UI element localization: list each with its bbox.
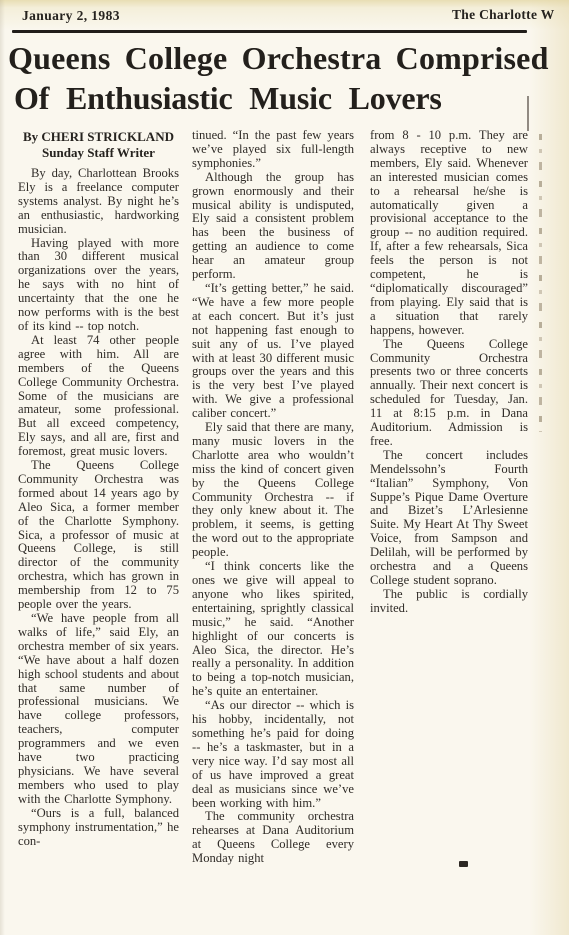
byline: By CHERI STRICKLAND Sunday Staff Writer xyxy=(18,129,179,160)
article-column-2: tinued. “In the past few years we’ve pla… xyxy=(192,129,354,866)
issue-date: January 2, 1983 xyxy=(22,8,120,24)
header-rule xyxy=(12,30,527,33)
byline-author: By CHERI STRICKLAND xyxy=(18,129,179,145)
article-paragraph: The Queens College Community Orchestra w… xyxy=(18,459,179,612)
article-paragraph: from 8 - 10 p.m. They are always recepti… xyxy=(370,129,528,338)
newspaper-clipping: January 2, 1983 The Charlotte W Queens C… xyxy=(0,0,569,935)
article-column-3: from 8 - 10 p.m. They are always recepti… xyxy=(370,129,528,616)
article-paragraph: The concert includes Mendelssohn’s Fourt… xyxy=(370,449,528,588)
article-paragraph: “Ours is a full, balanced symphony instr… xyxy=(18,807,179,849)
newspaper-name: The Charlotte W xyxy=(452,7,555,23)
article-headline: Queens College Orchestra Comprised Of En… xyxy=(8,38,566,118)
article-paragraph: “As our director -- which is his hobby, … xyxy=(192,699,354,810)
article-paragraph: At least 74 other people agree with him.… xyxy=(18,334,179,459)
article-paragraph: “We have people from all walks of life,”… xyxy=(18,612,179,807)
paper-tear-artifact xyxy=(539,134,542,432)
article-paragraph: Although the group has grown enormously … xyxy=(192,171,354,282)
headline-line-1: Queens College Orchestra Comprised xyxy=(8,38,566,78)
headline-line-2: Of Enthusiastic Music Lovers xyxy=(14,78,566,118)
ink-spot-artifact xyxy=(459,861,468,867)
paper-crease-artifact xyxy=(527,96,529,131)
article-column-1: By CHERI STRICKLAND Sunday Staff Writer … xyxy=(18,129,179,848)
article-paragraph: “It’s getting better,” he said. “We have… xyxy=(192,282,354,421)
article-paragraph: By day, Charlottean Brooks Ely is a free… xyxy=(18,167,179,237)
article-paragraph: The Queens College Community Orchestra p… xyxy=(370,338,528,449)
article-paragraph: “I think concerts like the ones we give … xyxy=(192,560,354,699)
article-paragraph: tinued. “In the past few years we’ve pla… xyxy=(192,129,354,171)
byline-role: Sunday Staff Writer xyxy=(18,145,179,161)
article-paragraph: The public is cordially invited. xyxy=(370,588,528,616)
article-paragraph: Ely said that there are many, many music… xyxy=(192,421,354,560)
article-paragraph: Having played with more than 30 differen… xyxy=(18,237,179,334)
article-paragraph: The community orchestra rehearses at Dan… xyxy=(192,810,354,866)
